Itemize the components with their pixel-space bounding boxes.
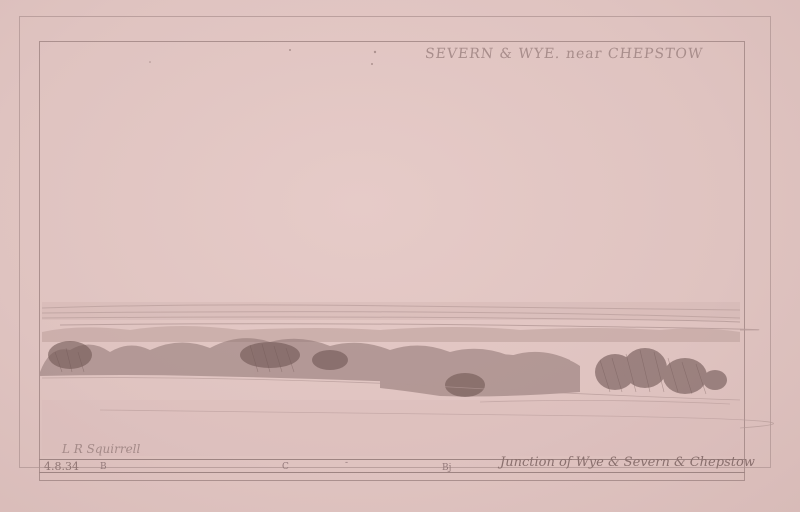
landscape-sketch	[0, 0, 800, 512]
distant-hills	[42, 326, 740, 342]
margin-mark: C	[282, 462, 289, 472]
tree-masses	[40, 338, 580, 396]
margin-mark: -	[345, 458, 348, 468]
field-shading	[42, 400, 740, 456]
artist-signature: L R Squirrell	[62, 442, 140, 456]
location-caption: Junction of Wye & Severn & Chepstow	[500, 455, 755, 470]
margin-mark: Bj	[442, 463, 451, 473]
estuary-haze	[42, 302, 740, 320]
title-inscription: SEVERN & WYE. near CHEPSTOW	[424, 46, 704, 62]
sky-specks	[149, 49, 376, 65]
margin-mark: B	[100, 462, 107, 472]
sketch-date: 4.8.34	[44, 460, 79, 473]
